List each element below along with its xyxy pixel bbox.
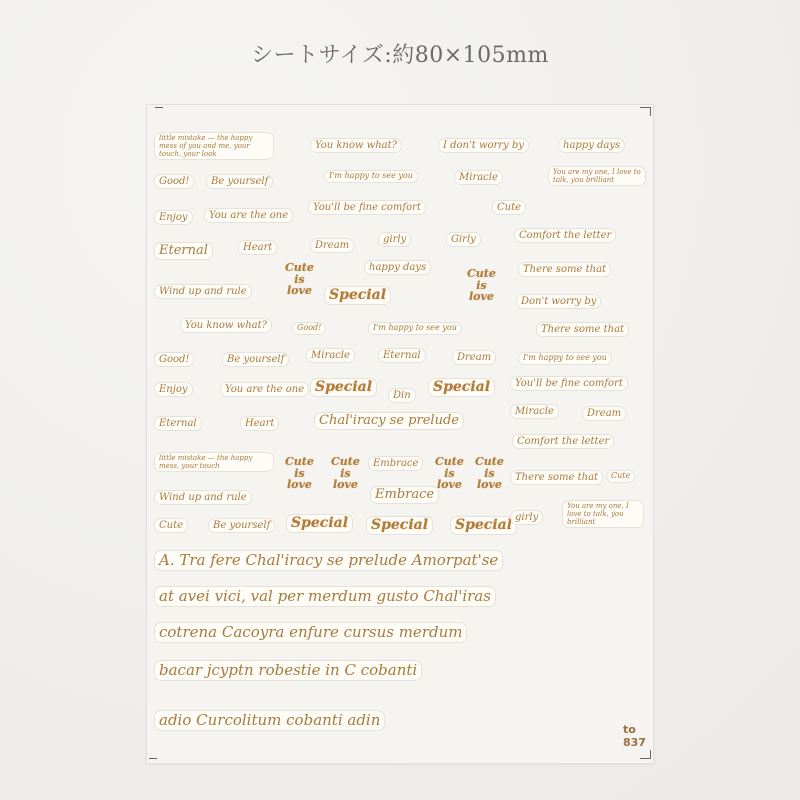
sticker-item: Cuteislove — [327, 455, 364, 492]
sticker-item: Cuteislove — [463, 267, 500, 304]
sticker-item: Wind up and rule — [155, 491, 251, 504]
sticker-item: Enjoy — [155, 211, 192, 224]
sticker-item: Eternal — [155, 243, 212, 259]
sticker-item: You know what? — [311, 139, 401, 152]
sticker-item: I'm happy to see you — [519, 353, 611, 364]
sticker-item: There some that — [519, 263, 610, 276]
sticker-item: You know what? — [181, 319, 271, 332]
sticker-item: I'm happy to see you — [369, 323, 461, 334]
product-code: to 837 — [623, 723, 653, 749]
sticker-item: You'll be fine comfort — [309, 201, 425, 214]
sticker-item: Cuteislove — [281, 455, 318, 492]
sticker-item: Girly — [447, 233, 480, 246]
sticker-item: You are my one, I love to talk, you bril… — [563, 501, 643, 527]
sticker-item: Eternal — [155, 417, 201, 430]
sticker-item: There some that — [537, 323, 628, 336]
corner-mark-bottom-left — [149, 750, 157, 759]
sticker-item: Miracle — [511, 405, 558, 418]
sticker-item: happy days — [365, 261, 430, 274]
sticker-item: Be yourself — [207, 175, 272, 188]
sticker-item: Embrace — [369, 457, 422, 470]
sticker-item: There some that — [511, 471, 602, 484]
sticker-item: Miracle — [307, 349, 354, 362]
sticker-item: girly — [379, 233, 410, 246]
sticker-item: Heart — [241, 417, 278, 430]
sticker-item: Cute — [607, 471, 634, 482]
sticker-item: You are the one — [205, 209, 292, 222]
sticker-item: cotrena Cacoyra enfure cursus merdum — [155, 623, 466, 642]
sticker-item: Cuteislove — [431, 455, 468, 492]
sticker-item: Chal'iracy se prelude — [315, 413, 463, 429]
sticker-item: Embrace — [371, 487, 438, 503]
sticker-item: Special — [429, 379, 494, 396]
sticker-item: Special — [287, 515, 352, 532]
sticker-item: little mistake — the happy mess, your to… — [155, 453, 273, 471]
sticker-item: Wind up and rule — [155, 285, 251, 298]
sticker-item: You are my one, I love to talk, you bril… — [549, 167, 645, 185]
sticker-item: Miracle — [455, 171, 502, 184]
sticker-item: Din — [389, 389, 415, 402]
sticker-item: girly — [511, 511, 542, 524]
sticker-item: adio Curcolitum cobanti adin — [155, 711, 384, 730]
sticker-item: Special — [311, 379, 376, 396]
sticker-item: You are the one — [221, 383, 308, 396]
sticker-item: Cuteislove — [471, 455, 508, 492]
sticker-item: Cute — [155, 519, 187, 532]
sheet-size-caption: シートサイズ:約80×105mm — [0, 38, 800, 69]
sticker-item: Heart — [239, 241, 276, 254]
sticker-item: happy days — [559, 139, 624, 152]
sticker-item: Good! — [155, 175, 193, 188]
corner-mark-top-right — [640, 107, 651, 116]
sticker-item: Be yourself — [209, 519, 274, 532]
sticker-item: Comfort the letter — [515, 229, 615, 242]
sticker-item: at avei vici, val per merdum gusto Chal'… — [155, 587, 495, 606]
sticker-item: Don't worry by — [517, 295, 600, 308]
sticker-item: Enjoy — [155, 383, 192, 396]
sticker-item: You'll be fine comfort — [511, 377, 627, 390]
corner-mark-top-left — [155, 107, 163, 116]
sticker-item: Special — [367, 517, 432, 534]
sticker-item: Special — [451, 517, 516, 534]
sticker-item: Good! — [155, 353, 193, 366]
sticker-item: I'm happy to see you — [325, 171, 417, 182]
sticker-item: little mistake — the happy mess of you a… — [155, 133, 273, 159]
sticker-item: Cute — [493, 201, 525, 214]
sticker-item: Dream — [453, 351, 495, 364]
sticker-item: Special — [325, 287, 390, 304]
sticker-item: bacar jcyptn robestie in C cobanti — [155, 661, 421, 680]
sticker-item: Dream — [583, 407, 625, 420]
sticker-item: Cuteislove — [281, 261, 318, 298]
sticker-item: Be yourself — [223, 353, 288, 366]
sticker-item: A. Tra fere Chal'iracy se prelude Amorpa… — [155, 551, 502, 570]
sticker-item: Good! — [293, 323, 325, 334]
sticker-item: Eternal — [379, 349, 425, 362]
sticker-item: I don't worry by — [439, 139, 528, 152]
sticker-item: Comfort the letter — [513, 435, 613, 448]
sticker-item: Dream — [311, 239, 353, 252]
sticker-sheet: to 837 little mistake — the happy mess o… — [146, 104, 654, 764]
corner-mark-bottom-right — [640, 750, 651, 759]
